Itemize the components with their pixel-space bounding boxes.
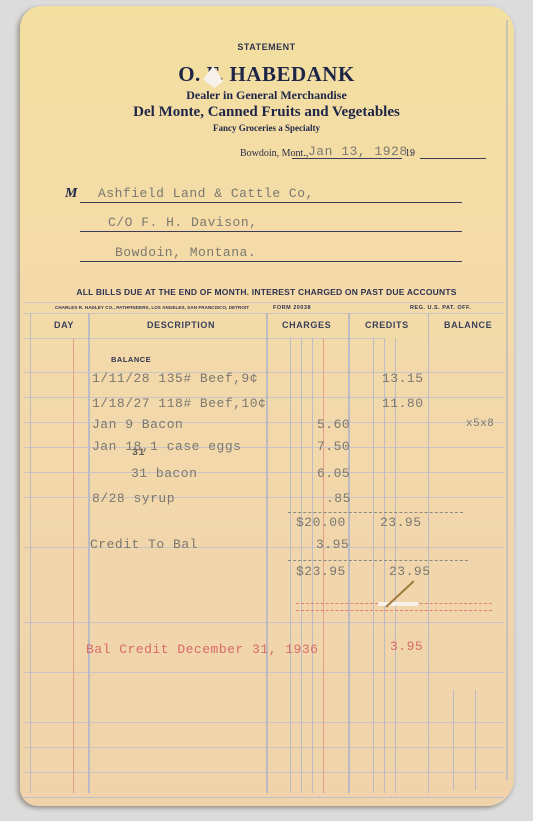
- red-balance-note: Bal Credit December 31, 1936: [86, 642, 318, 657]
- grid-line: [475, 690, 476, 790]
- entry-description: Jan 9 Bacon: [92, 417, 183, 432]
- entry-balance-mark: x5x8: [466, 418, 494, 430]
- column-description: DESCRIPTION: [147, 320, 215, 330]
- total-credits: 23.95: [389, 564, 431, 579]
- total-rule: [288, 560, 468, 561]
- paper-edge: [506, 20, 508, 780]
- recipient-city: Bowdoin, Montana.: [115, 245, 256, 260]
- recipient-line-2: [80, 231, 462, 232]
- grid-line: [24, 302, 504, 303]
- entry-charge: .85: [326, 491, 351, 506]
- subtotal-credits: 23.95: [380, 515, 422, 530]
- entry-overstrike: 31: [132, 448, 145, 459]
- red-double-rule: [296, 610, 492, 611]
- year-underline: [420, 158, 486, 159]
- grid-line: [428, 313, 429, 793]
- grid-line: [266, 313, 268, 793]
- entry-charge: 6.05: [317, 466, 350, 481]
- entry-credit: 13.15: [382, 371, 424, 386]
- entry-description: 31 bacon: [131, 466, 197, 481]
- grid-line: [373, 338, 374, 793]
- printer-line: CHARLES R. HADLEY CO., PATHFINDERS, LOS …: [55, 305, 249, 310]
- subtotal-rule: [288, 512, 463, 513]
- entry-credit: 11.80: [382, 396, 424, 411]
- grid-line-red: [73, 338, 74, 793]
- entry-charge: 7.50: [317, 439, 350, 454]
- grid-line: [290, 338, 291, 793]
- entry-description: Jan 18,1 case eggs: [92, 439, 241, 454]
- grid-line: [24, 313, 504, 314]
- merchant-tagline-2: Del Monte, Canned Fruits and Vegetables: [0, 104, 533, 121]
- column-day: DAY: [54, 320, 74, 330]
- total-charges: $23.95: [296, 564, 346, 579]
- merchant-tagline-1: Dealer in General Merchandise: [0, 88, 533, 103]
- reg-mark: REG. U.S. PAT. OFF.: [410, 305, 471, 311]
- grid-line: [24, 338, 384, 339]
- entry-charge: 5.60: [317, 417, 350, 432]
- terms-text: ALL BILLS DUE AT THE END OF MONTH. INTER…: [0, 287, 533, 297]
- merchant-name: O. F. HABEDANK: [0, 62, 533, 87]
- recipient-prefix: M: [65, 186, 77, 202]
- grid-line: [88, 313, 90, 793]
- grid-line: [348, 313, 350, 793]
- column-balance: BALANCE: [444, 320, 492, 330]
- grid-line: [24, 747, 504, 748]
- entry-description: 1/18/27 118# Beef,10¢: [92, 396, 266, 411]
- statement-date: Jan 13, 1928.: [308, 144, 416, 159]
- merchant-tagline-3: Fancy Groceries a Specialty: [0, 123, 533, 133]
- red-balance-amount: 3.95: [390, 639, 423, 654]
- grid-line: [24, 622, 504, 623]
- recipient-care-of: C/O F. H. Davison,: [108, 215, 257, 230]
- grid-line: [24, 472, 504, 473]
- grid-line: [24, 797, 504, 798]
- grid-line: [453, 690, 454, 790]
- balance-label: BALANCE: [111, 355, 151, 364]
- grid-line: [30, 313, 31, 793]
- credit-to-balance-amount: 3.95: [316, 537, 349, 552]
- paper-scuff: [378, 602, 418, 606]
- credit-to-balance-label: Credit To Bal: [90, 537, 198, 552]
- statement-label: STATEMENT: [0, 42, 533, 52]
- grid-line: [24, 772, 504, 773]
- recipient-line-3: [80, 261, 462, 262]
- column-credits: CREDITS: [365, 320, 409, 330]
- recipient-line-1: [80, 202, 462, 203]
- entry-description: 8/28 syrup: [92, 491, 175, 506]
- grid-line: [24, 722, 504, 723]
- form-number: FORM 20038: [273, 305, 311, 311]
- grid-line: [24, 672, 504, 673]
- column-charges: CHARGES: [282, 320, 331, 330]
- entry-description: 1/11/28 135# Beef,9¢: [92, 371, 258, 386]
- subtotal-charges: $20.00: [296, 515, 346, 530]
- recipient-name: Ashfield Land & Cattle Co,: [98, 186, 314, 201]
- year-prefix: 19: [405, 148, 415, 159]
